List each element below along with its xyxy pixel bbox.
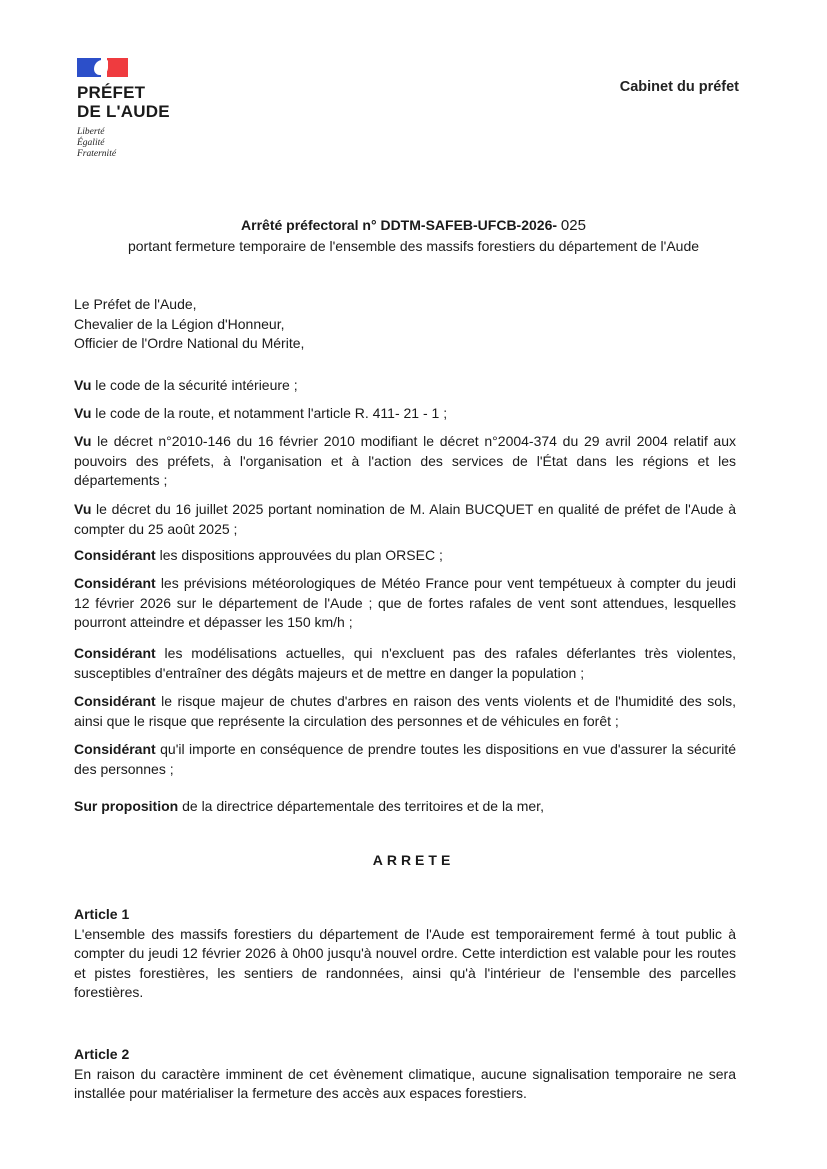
- republic-motto: Liberté Égalité Fraternité: [77, 127, 197, 160]
- arrete-heading: ARRETE: [0, 852, 827, 868]
- considerant-3: Considérant les modélisations actuelles,…: [74, 644, 736, 683]
- document-title: Arrêté préfectoral n° DDTM-SAFEB-UFCB-20…: [0, 215, 827, 256]
- considerant-4: Considérant le risque majeur de chutes d…: [74, 692, 736, 731]
- considerant-1: Considérant les dispositions approuvées …: [74, 546, 736, 566]
- visa-4: Vu le décret du 16 juillet 2025 portant …: [74, 500, 736, 539]
- considerant-5: Considérant qu'il importe en conséquence…: [74, 740, 736, 779]
- considerant-2: Considérant les prévisions météorologiqu…: [74, 574, 736, 633]
- document-page: PRÉFET DE L'AUDE Liberté Égalité Fratern…: [0, 0, 827, 1169]
- article-2: Article 2 En raison du caractère imminen…: [74, 1045, 736, 1104]
- visa-3: Vu le décret n°2010-146 du 16 février 20…: [74, 432, 736, 491]
- sur-proposition: Sur proposition de la directrice départe…: [74, 797, 736, 817]
- article-title: Article 2: [74, 1045, 736, 1065]
- prefecture-logo: PRÉFET DE L'AUDE Liberté Égalité Fratern…: [77, 58, 197, 160]
- visa-1: Vu le code de la sécurité intérieure ;: [74, 376, 736, 396]
- article-1: Article 1 L'ensemble des massifs foresti…: [74, 905, 736, 1003]
- decree-reference: Arrêté préfectoral n° DDTM-SAFEB-UFCB-20…: [241, 217, 557, 233]
- service-name: Cabinet du préfet: [620, 79, 739, 95]
- prefet-titles: Le Préfet de l'Aude, Chevalier de la Lég…: [74, 295, 304, 354]
- article-text: En raison du caractère imminent de cet é…: [74, 1065, 736, 1104]
- article-title: Article 1: [74, 905, 736, 925]
- visa-2: Vu le code de la route, et notamment l'a…: [74, 404, 736, 424]
- marianne-flag-icon: [77, 58, 128, 77]
- decree-number: 025: [561, 217, 586, 234]
- article-text: L'ensemble des massifs forestiers du dép…: [74, 925, 736, 1003]
- prefecture-name: PRÉFET DE L'AUDE: [77, 83, 197, 121]
- decree-subject: portant fermeture temporaire de l'ensemb…: [0, 236, 827, 256]
